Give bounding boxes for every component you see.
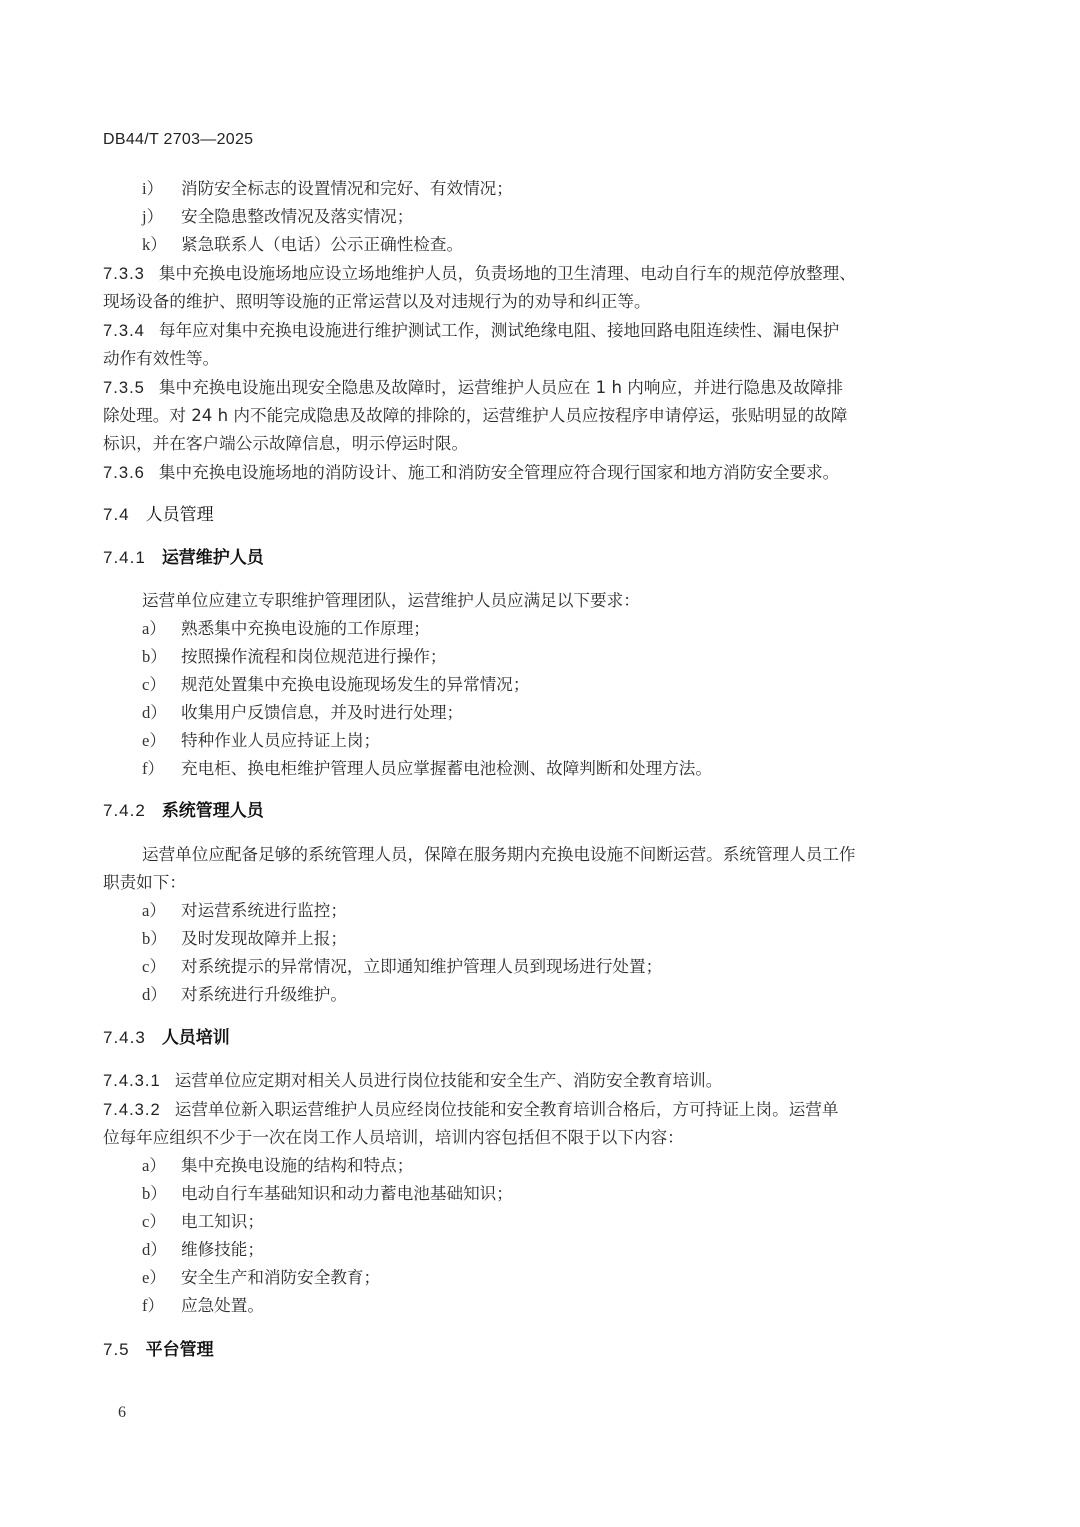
clause-7-3-5-cont: 标识，并在客户端公示故障信息，明示停运时限。	[103, 430, 963, 458]
clause-7-4-3-2-cont: 位每年应组织不少于一次在岗工作人员培训，培训内容包括但不限于以下内容：	[103, 1124, 963, 1152]
section-heading-7-4: 7.4人员管理	[103, 501, 214, 529]
clause-7-3-5-cont: 除处理。对 24 h 内不能完成隐患及故障的排除的，运营维护人员应按程序申请停运…	[103, 402, 963, 430]
clause-7-3-3-cont: 现场设备的维护、照明等设施的正常运营以及对违规行为的劝导和纠正等。	[103, 288, 963, 316]
list-item: j）安全隐患整改情况及落实情况；	[142, 203, 1002, 231]
section-heading-7-4-2: 7.4.2系统管理人员	[103, 797, 264, 825]
paragraph: 运营单位应配备足够的系统管理人员，保障在服务期内充换电设施不间断运营。系统管理人…	[142, 841, 1002, 869]
section-heading-7-5: 7.5平台管理	[103, 1336, 214, 1364]
list-item: f）应急处置。	[142, 1292, 1002, 1320]
clause-7-4-3-2: 7.4.3.2运营单位新入职运营维护人员应经岗位技能和安全教育培训合格后，方可持…	[103, 1096, 963, 1124]
clause-7-3-6: 7.3.6集中充换电设施场地的消防设计、施工和消防安全管理应符合现行国家和地方消…	[103, 459, 963, 487]
list-item: c）电工知识；	[142, 1208, 1002, 1236]
clause-7-3-3: 7.3.3集中充换电设施场地应设立场地维护人员，负责场地的卫生清理、电动自行车的…	[103, 260, 963, 288]
list-item: c）对系统提示的异常情况，立即通知维护管理人员到现场进行处置；	[142, 953, 1002, 981]
list-item: d）收集用户反馈信息，并及时进行处理；	[142, 699, 1002, 727]
list-item: b）按照操作流程和岗位规范进行操作；	[142, 643, 1002, 671]
document-code-header: DB44/T 2703—2025	[103, 131, 253, 149]
list-item: a）熟悉集中充换电设施的工作原理；	[142, 615, 1002, 643]
section-heading-7-4-1: 7.4.1运营维护人员	[103, 544, 264, 572]
paragraph: 运营单位应建立专职维护管理团队，运营维护人员应满足以下要求：	[142, 587, 1002, 615]
list-item: a）对运营系统进行监控；	[142, 897, 1002, 925]
list-item: c）规范处置集中充换电设施现场发生的异常情况；	[142, 671, 1002, 699]
document-page: DB44/T 2703—2025 i）消防安全标志的设置情况和完好、有效情况； …	[0, 0, 1080, 1527]
paragraph-cont: 职责如下：	[103, 869, 963, 897]
list-item: b）及时发现故障并上报；	[142, 925, 1002, 953]
list-item: b）电动自行车基础知识和动力蓄电池基础知识；	[142, 1180, 1002, 1208]
list-item: f）充电柜、换电柜维护管理人员应掌握蓄电池检测、故障判断和处理方法。	[142, 755, 1002, 783]
list-item: i）消防安全标志的设置情况和完好、有效情况；	[142, 175, 1002, 203]
clause-7-3-4-cont: 动作有效性等。	[103, 345, 963, 373]
list-item: e）特种作业人员应持证上岗；	[142, 727, 1002, 755]
list-item: e）安全生产和消防安全教育；	[142, 1264, 1002, 1292]
page-number: 6	[118, 1404, 126, 1422]
list-item: d）维修技能；	[142, 1236, 1002, 1264]
list-item: k）紧急联系人（电话）公示正确性检查。	[142, 231, 1002, 259]
section-heading-7-4-3: 7.4.3人员培训	[103, 1024, 230, 1052]
clause-7-3-4: 7.3.4每年应对集中充换电设施进行维护测试工作，测试绝缘电阻、接地回路电阻连续…	[103, 317, 963, 345]
clause-7-3-5: 7.3.5集中充换电设施出现安全隐患及故障时，运营维护人员应在 1 h 内响应，…	[103, 374, 963, 402]
list-item: a）集中充换电设施的结构和特点；	[142, 1152, 1002, 1180]
list-item: d）对系统进行升级维护。	[142, 981, 1002, 1009]
clause-7-4-3-1: 7.4.3.1运营单位应定期对相关人员进行岗位技能和安全生产、消防安全教育培训。	[103, 1067, 963, 1095]
